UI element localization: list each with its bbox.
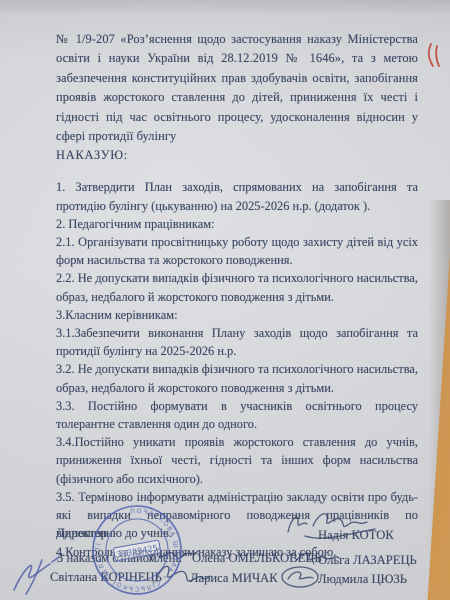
document-body: № 1/9-207 «Роз’яснення щодо застосування…: [56, 30, 418, 561]
mychak-signature: [280, 565, 322, 589]
order-item: 3.Класним керівникам:: [56, 306, 418, 324]
margin-handwritten-mark: [6, 550, 61, 598]
order-item: 3.2. Не допускати випадків фізичного та …: [56, 360, 418, 396]
order-item: 2.2. Не допускати випадків фізичного та …: [56, 269, 418, 305]
order-item: 1. Затвердити План заходів, спрямованих …: [56, 178, 418, 214]
order-item: 3.3. Постійно формувати в учасників осві…: [56, 397, 418, 433]
order-item: 3.4.Постійно уникати проявів жорстокого …: [56, 433, 418, 488]
name-tsiuz: Людмила ЦЮЗЬ: [318, 572, 407, 587]
document-paper: № 1/9-207 «Роз’яснення щодо застосування…: [0, 0, 450, 600]
order-items: 1. Затвердити План заходів, спрямованих …: [56, 178, 418, 560]
order-item: 3.1.Забезпечити виконання Плану заходів …: [56, 324, 418, 360]
order-item: 2. Педагогічним працівникам:: [56, 215, 418, 233]
official-round-stamp: ПОЧАТКОВА ШКОЛА ⋆ СІЛЬСЬКОЇ ОБЛАСТІ ⋆ 33…: [83, 496, 192, 600]
red-pen-mark: [425, 42, 441, 70]
intro-paragraph: № 1/9-207 «Роз’яснення щодо застосування…: [56, 30, 418, 146]
paper-edge-shadow: [428, 200, 450, 600]
order-heading: НАКАЗУЮ:: [56, 146, 418, 165]
order-item: 2.1. Організувати просвітницьку роботу щ…: [56, 233, 418, 269]
director-signature: [285, 508, 385, 546]
